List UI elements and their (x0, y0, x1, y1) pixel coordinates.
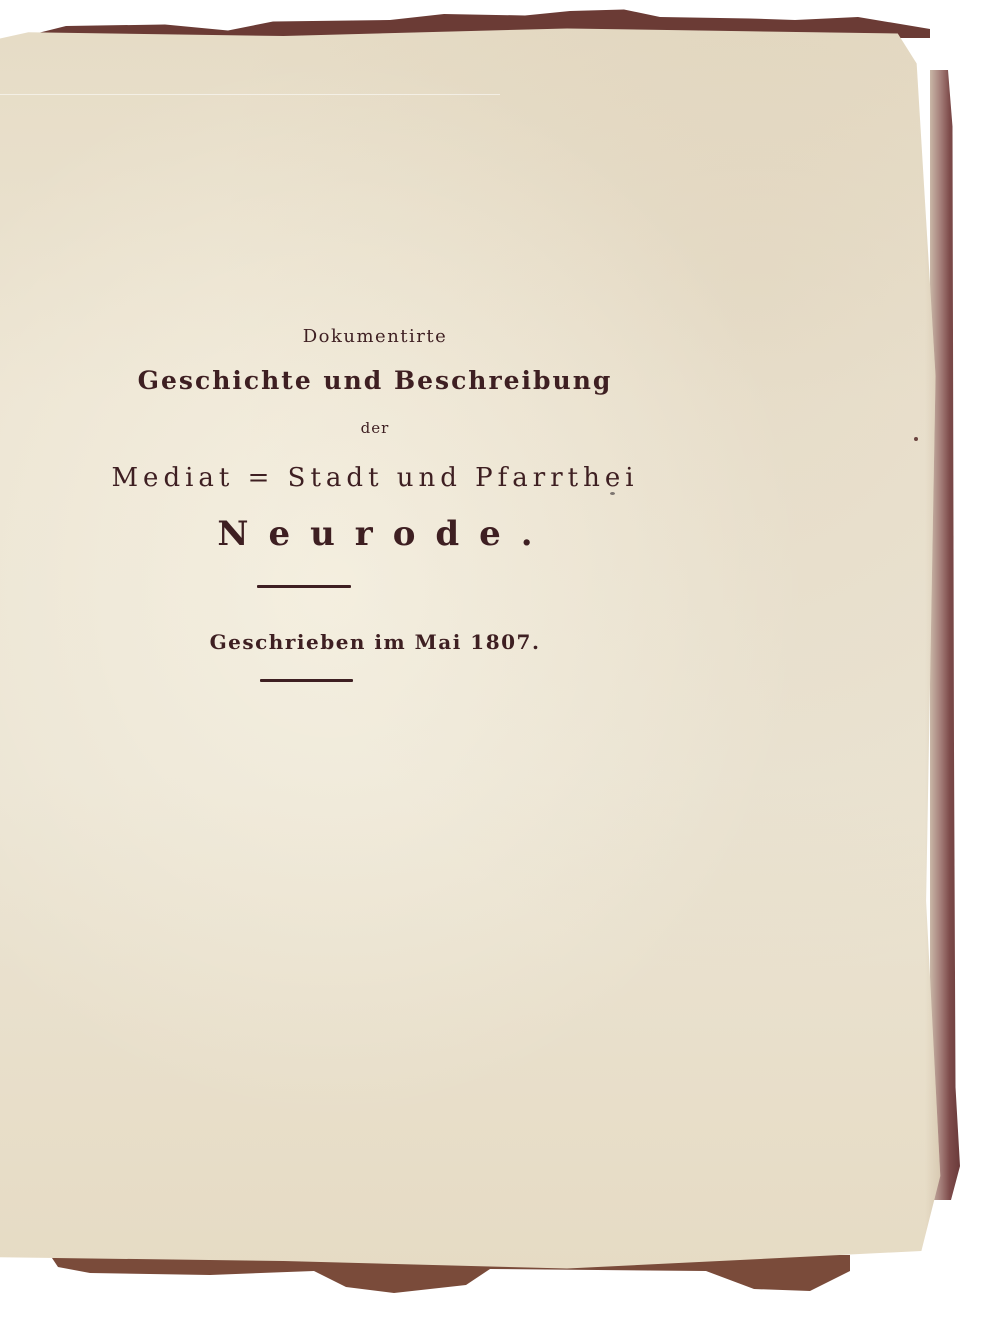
title-connector: der (60, 419, 690, 437)
title-main: Geschichte und Beschreibung (60, 366, 690, 395)
dateline: Geschrieben im Mai 1807. (60, 630, 690, 654)
divider-rule-top (257, 585, 351, 588)
divider-rule-bottom (260, 679, 353, 682)
ink-speck (914, 437, 918, 441)
title-page: Dokumentirte Geschichte und Beschreibung… (0, 26, 945, 1276)
title-small: Dokumentirte (60, 326, 690, 347)
ink-speck (610, 492, 615, 495)
paper-crease (0, 94, 500, 95)
binding-edge-right (930, 70, 960, 1200)
title-subject: Mediat = Stadt und Pfarrthei (60, 463, 690, 493)
title-place: Neurode. (70, 514, 700, 554)
